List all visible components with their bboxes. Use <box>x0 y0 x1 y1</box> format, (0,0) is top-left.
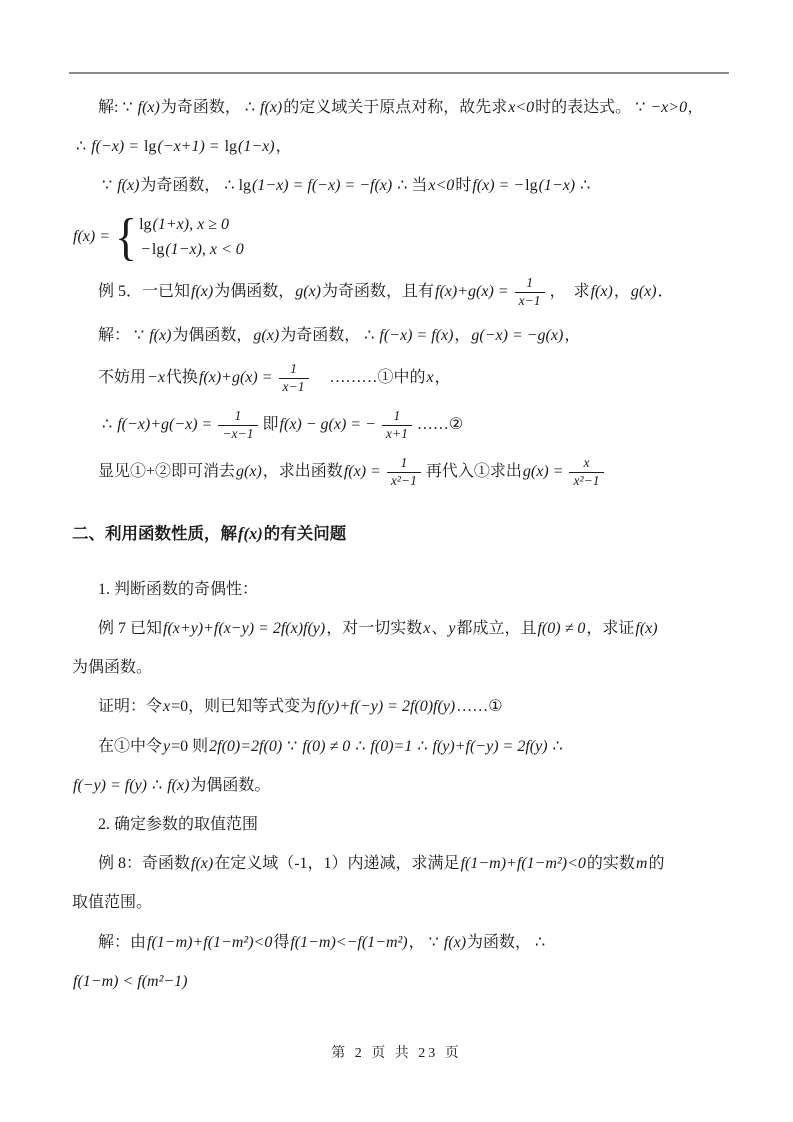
text-run: 的实数 <box>587 855 635 872</box>
text-run: 例 8：奇函数 <box>98 855 190 872</box>
math-run: −x>0 <box>649 99 688 116</box>
fraction-denominator: −x−1 <box>218 425 257 443</box>
text-run: 2. 确定参数的取值范围 <box>98 816 258 833</box>
paragraph: 取值范围。 <box>72 889 739 916</box>
paragraph: 证明：令x=0，则已知等式变为f(y)+f(−y) = 2f(0)f(y)……① <box>72 693 739 720</box>
fraction-denominator: x−1 <box>515 292 545 310</box>
logic-symbol: ∵ <box>130 327 148 344</box>
math-run: f(x) = <box>343 463 382 480</box>
math-run: f(x)+g(x) = <box>434 283 510 300</box>
text-run: 为偶函数。 <box>190 777 270 794</box>
math-roman-run: lg <box>525 177 537 194</box>
math-run: f(1−m)+f(1−m²)<0 <box>460 855 587 872</box>
cases-rows: lg(1+x), x ≥ 0−lg(1−x), x < 0 <box>139 212 245 263</box>
math-fraction: 1x−1 <box>515 275 545 310</box>
fraction-numerator: x <box>569 455 603 472</box>
math-run: g(−x) = −g(x) <box>470 327 564 344</box>
math-run: f(x) <box>148 327 172 344</box>
document-body: 解:∵f(x)为奇函数，∴f(x)的定义域关于原点对称，故先求x<0时的表达式。… <box>72 94 739 1007</box>
math-run: f(x) − g(x) = − <box>279 416 377 433</box>
logic-symbol: ∴ <box>351 738 369 755</box>
math-run: f(−x) = f(x) <box>378 327 454 344</box>
text-run: 为函数， <box>467 934 531 951</box>
text-run: 为奇函数， <box>140 177 220 194</box>
math-run: g(x) <box>252 327 280 344</box>
text-run: 为偶函数， <box>214 283 294 300</box>
logic-symbol: ∴ <box>413 738 431 755</box>
text-run: 在定义域（-1，1）内递减，求满足 <box>214 855 459 872</box>
math-run: f(x) <box>634 620 658 637</box>
paragraph: 例 5．一已知f(x)为偶函数，g(x)为奇函数，且有f(x)+g(x) =1x… <box>72 275 739 310</box>
cases-row: lg(1+x), x ≥ 0 <box>139 212 245 238</box>
text-run: ， <box>409 934 425 951</box>
math-fraction: 1x²−1 <box>387 455 421 490</box>
text-run: ， <box>435 369 451 386</box>
text-run: ． <box>658 283 674 300</box>
math-run: f(−y) = f(y) <box>72 777 148 794</box>
text-run: 证明：令 <box>98 698 162 715</box>
math-run: f(0) ≠ 0 <box>536 620 586 637</box>
math-run: x <box>422 620 431 637</box>
math-run: (1−x) <box>538 177 577 194</box>
math-run: f(y)+f(−y) = 2f(y) <box>432 738 549 755</box>
paragraph: 显见①+②即可消去g(x)，求出函数f(x) =1x²−1再代入①求出g(x) … <box>72 455 739 490</box>
text-run: ……① <box>456 698 502 715</box>
math-fraction: xx²−1 <box>569 455 603 490</box>
logic-symbol: ∵ <box>283 738 301 755</box>
math-run: (1−x) = f(−x) = −f(x) <box>251 177 393 194</box>
fraction-numerator: 1 <box>218 408 257 425</box>
text-run: ，对一切实数 <box>326 620 422 637</box>
text-run: ， <box>276 138 292 155</box>
paragraph: f(x) ={lg(1+x), x ≥ 0−lg(1−x), x < 0 <box>72 212 739 263</box>
text-run: 解： <box>98 327 130 344</box>
math-fraction: 1x+1 <box>382 408 412 443</box>
paragraph: 例 7 已知f(x+y)+f(x−y) = 2f(x)f(y)，对一切实数x、y… <box>72 615 739 642</box>
paragraph: 为偶函数。 <box>72 654 739 681</box>
text-run: 例 7 已知 <box>98 620 162 637</box>
fraction-denominator: x−1 <box>279 378 309 396</box>
math-run: f(x) <box>590 283 614 300</box>
math-run: f(x) = − <box>471 177 525 194</box>
paragraph: 例 8：奇函数f(x)在定义域（-1，1）内递减，求满足f(1−m)+f(1−m… <box>72 850 739 877</box>
math-run: f(x) <box>116 177 140 194</box>
text-run: 例 5．一已知 <box>98 283 190 300</box>
math-run: m <box>635 855 649 872</box>
paragraph: ∵f(x)为奇函数，∴lg(1−x) = f(−x) = −f(x)∴当x<0时… <box>72 172 739 199</box>
paragraph: 1. 判断函数的奇偶性： <box>72 576 739 603</box>
text-run: 为奇函数， <box>161 99 241 116</box>
math-roman-run: lg <box>239 177 251 194</box>
math-run: (−x+1) = <box>156 138 224 155</box>
text-run: 为奇函数， <box>280 327 360 344</box>
math-run: x <box>426 369 435 386</box>
paragraph: 解：∵f(x)为偶函数，g(x)为奇函数，∴f(−x) = f(x)，g(−x)… <box>72 322 739 349</box>
math-run: f(0) ≠ 0 <box>301 738 351 755</box>
logic-symbol: ∴ <box>549 738 567 755</box>
text-run: =0 则 <box>171 738 208 755</box>
text-run: ………①中的 <box>314 369 426 386</box>
logic-symbol: ∴ <box>72 138 90 155</box>
logic-symbol: ∴ <box>241 99 259 116</box>
math-run: f(x) <box>259 99 283 116</box>
logic-symbol: ∴ <box>393 177 411 194</box>
logic-symbol: ∵ <box>425 934 443 951</box>
math-run: f(0)=1 <box>369 738 413 755</box>
text-run: ， <box>454 327 470 344</box>
text-run: ……② <box>417 416 463 433</box>
math-run: (1−x), x < 0 <box>164 241 244 258</box>
text-run: 当 <box>411 177 427 194</box>
math-run: f(x) <box>190 283 214 300</box>
logic-symbol: ∴ <box>360 327 378 344</box>
math-run: − <box>139 241 152 258</box>
math-run: x<0 <box>427 177 455 194</box>
math-run: g(x) <box>235 463 263 480</box>
text-run: ，求证 <box>586 620 634 637</box>
text-run: 为偶函数。 <box>72 659 152 676</box>
text-run: 时 <box>455 177 471 194</box>
math-fraction: 1x−1 <box>279 361 309 396</box>
math-run: f(x) <box>237 524 264 543</box>
text-run: 再代入①求出 <box>426 463 522 480</box>
text-run: 解：由 <box>98 934 146 951</box>
text-run: 、 <box>431 620 447 637</box>
fraction-numerator: 1 <box>387 455 421 472</box>
math-run: f(−x) = <box>90 138 144 155</box>
math-run: f(1−m) < f(m²−1) <box>72 973 189 990</box>
math-run: y <box>162 738 171 755</box>
logic-symbol: ∴ <box>148 777 166 794</box>
math-roman-run: lg <box>144 138 156 155</box>
text-run: 显见①+②即可消去 <box>98 463 235 480</box>
math-run: f(x) <box>137 99 161 116</box>
logic-symbol: ∴ <box>98 416 116 433</box>
text-run: 的 <box>648 855 664 872</box>
fraction-denominator: x+1 <box>382 425 412 443</box>
fraction-numerator: 1 <box>515 275 545 292</box>
math-run: f(x) = <box>72 228 111 245</box>
text-run: , <box>688 99 692 116</box>
math-run: x <box>162 698 171 715</box>
math-run: f(x)+g(x) = <box>198 369 274 386</box>
paragraph: ∴f(−x)+g(−x) =1−x−1即f(x) − g(x) = −1x+1…… <box>72 408 739 443</box>
text-run: 解: <box>98 99 118 116</box>
page-footer: 第 2 页 共 23 页 <box>0 1042 793 1062</box>
text-run: 代换 <box>166 369 198 386</box>
text-run: ， 求 <box>550 283 590 300</box>
logic-symbol: ∵ <box>631 99 649 116</box>
text-run: 二、利用函数性质，解 <box>72 525 237 543</box>
paragraph: 在①中令y=0 则2f(0)=2f(0)∵f(0) ≠ 0∴f(0)=1∴f(y… <box>72 733 739 760</box>
math-fraction: 1−x−1 <box>218 408 257 443</box>
math-run: f(x+y)+f(x−y) = 2f(x)f(y) <box>162 620 326 637</box>
text-run: 时的表达式。 <box>535 99 631 116</box>
fraction-numerator: 1 <box>279 361 309 378</box>
paragraph: 解：由f(1−m)+f(1−m²)<0得f(1−m)<−f(1−m²)，∵f(x… <box>72 929 739 956</box>
cases-row: −lg(1−x), x < 0 <box>139 237 245 263</box>
section-heading: 二、利用函数性质，解f(x)的有关问题 <box>72 520 739 548</box>
math-run: g(x) <box>630 283 658 300</box>
math-run: g(x) <box>294 283 322 300</box>
math-roman-run: lg <box>139 216 151 233</box>
text-run: 得 <box>273 934 289 951</box>
text-run: 都成立，且 <box>456 620 536 637</box>
text-run: 的有关问题 <box>264 525 347 543</box>
math-run: x<0 <box>507 99 535 116</box>
text-run: 即 <box>263 416 279 433</box>
text-run: 不妨用 <box>98 369 146 386</box>
paragraph: 2. 确定参数的取值范围 <box>72 811 739 838</box>
fraction-denominator: x²−1 <box>569 472 603 490</box>
paragraph: f(−y) = f(y)∴f(x)为偶函数。 <box>72 772 739 799</box>
paragraph: 解:∵f(x)为奇函数，∴f(x)的定义域关于原点对称，故先求x<0时的表达式。… <box>72 94 739 121</box>
text-run: =0，则已知等式变为 <box>171 698 316 715</box>
logic-symbol: ∴ <box>531 934 549 951</box>
piecewise-cases: {lg(1+x), x ≥ 0−lg(1−x), x < 0 <box>111 212 245 263</box>
logic-symbol: ∴ <box>220 177 238 194</box>
text-run: ， <box>564 327 580 344</box>
math-run: −x <box>146 369 166 386</box>
logic-symbol: ∵ <box>118 99 136 116</box>
text-run: 的定义域关于原点对称，故先求 <box>283 99 507 116</box>
fraction-numerator: 1 <box>382 408 412 425</box>
text-run: 1. 判断函数的奇偶性： <box>98 581 258 598</box>
math-run: g(x) = <box>522 463 565 480</box>
text-run: ， <box>614 283 630 300</box>
math-run: f(−x)+g(−x) = <box>116 416 213 433</box>
text-run: 为奇函数，且有 <box>322 283 434 300</box>
text-run: 取值范围。 <box>72 894 152 911</box>
math-roman-run: lg <box>225 138 237 155</box>
paragraph: f(1−m) < f(m²−1) <box>72 968 739 995</box>
text-run: 为偶函数， <box>172 327 252 344</box>
fraction-denominator: x²−1 <box>387 472 421 490</box>
paragraph: 不妨用−x代换f(x)+g(x) =1x−1 ………①中的x， <box>72 361 739 396</box>
math-roman-run: lg <box>152 241 164 258</box>
left-brace-glyph: { <box>115 214 137 260</box>
document-page: 解:∵f(x)为奇函数，∴f(x)的定义域关于原点对称，故先求x<0时的表达式。… <box>0 0 793 1122</box>
math-run: (1+x), x ≥ 0 <box>152 216 230 233</box>
math-run: 2f(0)=2f(0) <box>208 738 283 755</box>
math-run: f(x) <box>443 934 467 951</box>
math-run: (1−x) <box>237 138 276 155</box>
text-run: ，求出函数 <box>263 463 343 480</box>
math-run: f(1−m)+f(1−m²)<0 <box>146 934 273 951</box>
paragraph: ∴f(−x) = lg(−x+1) = lg(1−x)， <box>72 133 739 160</box>
math-run: f(x) <box>166 777 190 794</box>
math-run: f(1−m)<−f(1−m²) <box>289 934 408 951</box>
text-run: 在①中令 <box>98 738 162 755</box>
math-run: f(y)+f(−y) = 2f(0)f(y) <box>316 698 456 715</box>
header-rule <box>69 72 729 74</box>
logic-symbol: ∴ <box>576 177 594 194</box>
logic-symbol: ∵ <box>98 177 116 194</box>
math-run: f(x) <box>190 855 214 872</box>
